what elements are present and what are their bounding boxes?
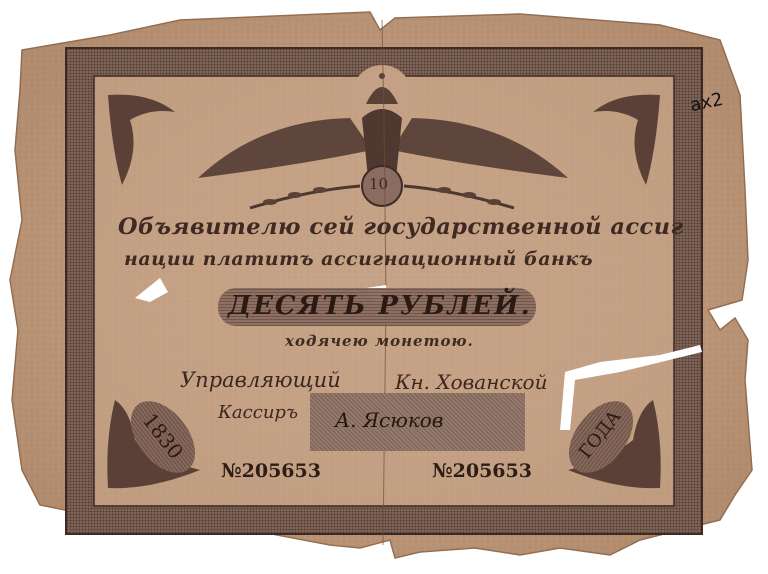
heading-line-1: Объявителю сей государственной ассиг (118, 214, 684, 240)
cashier-signature: А. Ясюков (335, 408, 443, 432)
heading-line-2: нации платитъ ассигнационный банкъ (124, 248, 593, 270)
denomination: ДЕСЯТЬ РУБЛЕЙ. (228, 291, 532, 321)
serial-number-left: №205653 (221, 460, 321, 482)
cashier-label: Кассиръ (218, 402, 298, 423)
manager-label: Управляющий (180, 368, 341, 392)
banknote-photo: 10 Объявителю сей государственной ассиг … (0, 0, 768, 574)
manager-signature: Кн. Хованской (395, 370, 547, 394)
serial-number-right: №205653 (432, 460, 532, 482)
paper-and-frame (0, 0, 768, 574)
currency-phrase: ходячею монетою. (285, 332, 474, 350)
emblem-numeral: 10 (369, 175, 388, 193)
